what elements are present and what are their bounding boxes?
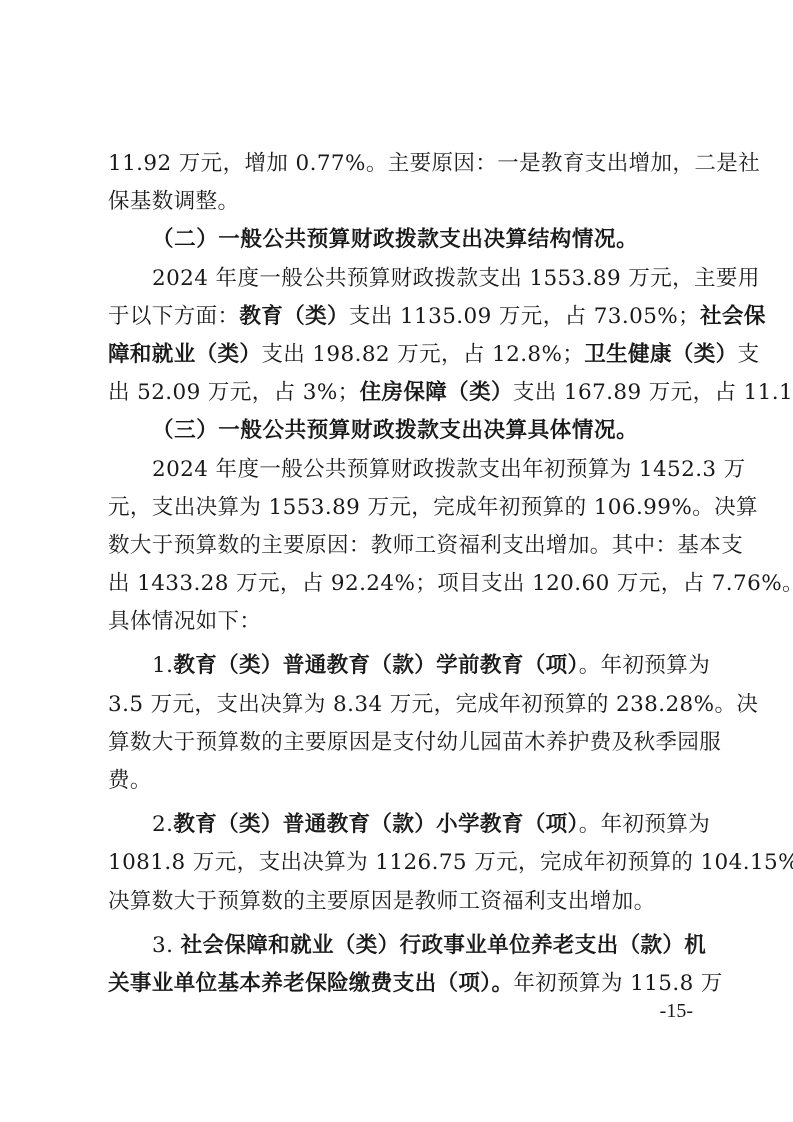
- text-run: 。年初预算为: [579, 812, 710, 837]
- text-run: 出 52.09 万元，占 3%；: [108, 380, 360, 405]
- text-run: 。年初预算为: [579, 653, 710, 678]
- text-run: 年初预算为 115.8 万: [513, 971, 722, 996]
- body-text-line: 11.92 万元，增加 0.77%。主要原因：一是教育支出增加，二是社: [108, 145, 692, 183]
- item-title: 教育（类）普通教育（款）小学教育（项）: [173, 812, 578, 837]
- body-text-line: 数大于预算数的主要原因：教师工资福利支出增加。其中：基本支: [108, 527, 692, 565]
- category-housing: 住房保障（类）: [360, 380, 513, 405]
- item-primary-education: 2.教育（类）普通教育（款）小学教育（项）。年初预算为: [108, 806, 692, 844]
- category-education: 教育（类）: [239, 304, 349, 329]
- body-text-line: 1081.8 万元，支出决算为 1126.75 万元，完成年初预算的 104.1…: [108, 844, 692, 882]
- body-text-line: 障和就业（类）支出 198.82 万元，占 12.8%；卫生健康（类）支: [108, 336, 692, 374]
- body-text-line: 具体情况如下：: [108, 603, 692, 641]
- category-social-security: 社会保: [700, 304, 766, 329]
- section-heading-details: （三）一般公共预算财政拨款支出决算具体情况。: [108, 412, 692, 450]
- body-text-line: 保基数调整。: [108, 183, 692, 221]
- item-pension-insurance: 3. 社会保障和就业（类）行政事业单位养老支出（款）机: [108, 927, 692, 965]
- item-title: 教育（类）普通教育（款）学前教育（项）: [173, 653, 578, 678]
- body-text-line: 出 1433.28 万元，占 92.24%；项目支出 120.60 万元，占 7…: [108, 565, 692, 603]
- body-text-line: 费。: [108, 762, 692, 800]
- body-text-line: 2024 年度一般公共预算财政拨款支出 1553.89 万元，主要用: [108, 260, 692, 298]
- body-text-line: 元，支出决算为 1553.89 万元，完成年初预算的 106.99%。决算: [108, 489, 692, 527]
- body-text-line: 决算数大于预算数的主要原因是教师工资福利支出增加。: [108, 883, 692, 921]
- body-text-line: 关事业单位基本养老保险缴费支出（项）。年初预算为 115.8 万: [108, 965, 692, 1003]
- item-number: 3.: [152, 933, 173, 958]
- item-number: 1.: [152, 653, 173, 678]
- body-text-line: 2024 年度一般公共预算财政拨款支出年初预算为 1452.3 万: [108, 451, 692, 489]
- body-text-line: 算数大于预算数的主要原因是支付幼儿园苗木养护费及秋季园服: [108, 724, 692, 762]
- text-run: 于以下方面：: [108, 304, 239, 329]
- category-social-security: 障和就业（类）: [108, 342, 261, 367]
- item-title: 关事业单位基本养老保险缴费支出（项）。: [108, 971, 513, 996]
- item-number: 2.: [152, 812, 173, 837]
- text-run: 支: [738, 342, 760, 367]
- text-run: 支出 198.82 万元，占 12.8%；: [261, 342, 584, 367]
- page-number: -15-: [660, 1000, 693, 1023]
- document-page: 11.92 万元，增加 0.77%。主要原因：一是教育支出增加，二是社 保基数调…: [108, 145, 692, 1003]
- body-text-line: 于以下方面：教育（类）支出 1135.09 万元，占 73.05%；社会保: [108, 298, 692, 336]
- text-run: 支出 167.89 万元，占 11.15%。: [513, 380, 793, 405]
- body-text-line: 出 52.09 万元，占 3%；住房保障（类）支出 167.89 万元，占 11…: [108, 374, 692, 412]
- item-preschool-education: 1.教育（类）普通教育（款）学前教育（项）。年初预算为: [108, 647, 692, 685]
- category-health: 卫生健康（类）: [584, 342, 737, 367]
- body-text-line: 3.5 万元，支出决算为 8.34 万元，完成年初预算的 238.28%。决: [108, 686, 692, 724]
- section-heading-structure: （二）一般公共预算财政拨款支出决算结构情况。: [108, 221, 692, 259]
- text-run: 支出 1135.09 万元，占 73.05%；: [349, 304, 700, 329]
- item-title: 社会保障和就业（类）行政事业单位养老支出（款）机: [181, 933, 707, 958]
